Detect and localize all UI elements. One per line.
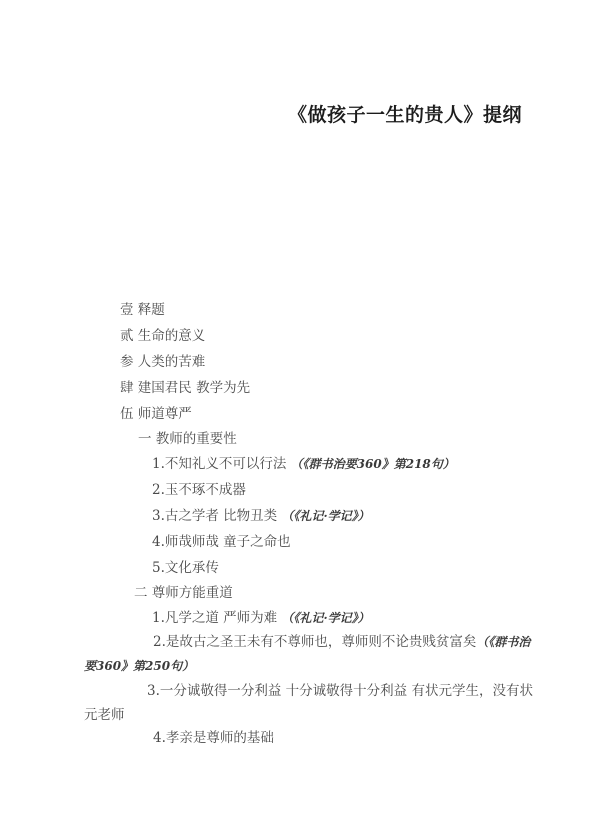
section-heading-2: 二 尊师方能重道 [134,584,233,602]
item-text: 4.孝亲是尊师的基础 [153,730,274,746]
item-text: 3.古之学者 比物丑类 [152,508,281,524]
outline-item-3: 参 人类的苦难 [120,353,205,371]
outline-item-5: 伍 师道尊严 [120,405,192,423]
section-1-item-4: 4.师哉师哉 童子之命也 [152,533,291,551]
outline-item-2: 贰 生命的意义 [120,327,205,345]
item-text: 2.是故古之圣王未有不尊师也，尊师则不论贵贱贫富矣 [153,634,476,650]
section-2-item-4: 4.孝亲是尊师的基础 [153,729,274,747]
document-page: 《做孩子一生的贵人》提纲 壹 释题 贰 生命的意义 参 人类的苦难 肆 建国君民… [0,0,600,839]
item-text: 3.一分诚敬得一分利益 十分诚敬得十分利益 有状元学生，没有状元老师 [84,683,533,723]
section-heading-1: 一 教师的重要性 [138,430,237,448]
item-citation: （《礼记·学记》） [281,611,369,625]
outline-item-4: 肆 建国君民 教学为先 [120,379,250,397]
section-2-item-1: 1.凡学之道 严师为难 （《礼记·学记》） [152,609,370,627]
document-title: 《做孩子一生的贵人》提纲 [288,100,522,127]
section-1-item-5: 5.文化承传 [152,559,219,577]
section-2-item-3: 3.一分诚敬得一分利益 十分诚敬得十分利益 有状元学生，没有状元老师 [84,679,534,727]
section-2-item-2: 2.是故古之圣王未有不尊师也，尊师则不论贵贱贫富矣（《群书治要360》第250句… [84,630,534,678]
section-1-item-1: 1.不知礼义不可以行法 （《群书治要360》第218句） [152,455,455,473]
item-text: 4.师哉师哉 童子之命也 [152,534,291,550]
item-text: 1.凡学之道 严师为难 [152,610,281,626]
item-text: 1.不知礼义不可以行法 [152,456,291,472]
outline-item-1: 壹 释题 [120,301,165,319]
item-text: 5.文化承传 [152,560,219,576]
section-1-item-3: 3.古之学者 比物丑类 （《礼记·学记》） [152,507,370,525]
section-1-item-2: 2.玉不琢不成器 [152,481,246,499]
item-text: 2.玉不琢不成器 [152,482,246,498]
item-citation: （《礼记·学记》） [281,509,369,523]
item-citation: （《群书治要360》第218句） [291,457,455,471]
